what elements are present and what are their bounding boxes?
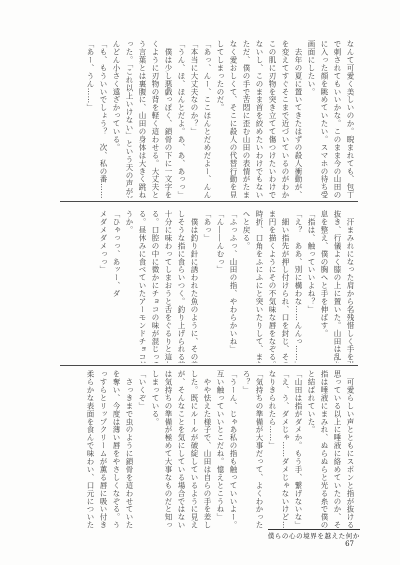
text-column: 「ひゃっっ、あッー、ダ (110, 210, 123, 363)
text-column: なりきられたら……」 (266, 370, 279, 528)
text-column: う言葉とは裏腹に、山田の身体は大きく跳ね反 (136, 40, 149, 198)
text-column: 「あー、うん……」 (84, 40, 97, 198)
text-column: 僕は釣り針に誘われた魚のように、その美味 (188, 210, 201, 363)
text-column: 「いくぞ」 (136, 370, 149, 528)
text-column: 十分に味わってしまおうと舌をぐるりと這わせ (162, 210, 175, 363)
section-divider (60, 201, 358, 202)
text-column: 「え？ ああ、別に構わな……んんっ……」 (292, 210, 305, 363)
novel-page: なんて可愛く美しいのか。睨まれても、包丁で刺されてもいいかな。このまま今の山田の… (0, 0, 400, 565)
text-column: してしまったのだ。 (214, 40, 227, 198)
text-column: 息を整え、僕の胸へと手を伸ばす。 (318, 210, 331, 363)
text-column: やや怯えた様子で、山田は自らの手を差し出 (201, 370, 214, 528)
text-section-middle: 汗まみれになった肩から名残惜しく手を引き抜き、行儀よく膝の上に置いた。山田は乱れ… (97, 210, 357, 363)
text-section-bottom: 可愛らしい声とともにスポンと指が抜ける。思っている以上に唾液に絡めていたのか、そ… (84, 370, 357, 528)
text-column: メダメダメっっ」 (97, 210, 110, 363)
text-column: さっきまで虫のように鎖骨を這わせていた指 (123, 370, 136, 528)
text-column: 可愛らしい声とともにスポンと指が抜ける。 (344, 370, 357, 528)
text-column: 「山田は指がダメか。もう手、繋げないな」 (292, 370, 305, 528)
text-column: った。「これ以上いけない」という天の声がど (123, 40, 136, 198)
text-column: 細い指先が押し付けられ、口を封じ、そのま (279, 210, 292, 363)
text-column: 「あっ、んー、ここほんとだめだよー、んんー」 (201, 40, 214, 198)
text-column: ろ？」 (240, 370, 253, 528)
text-column: へと戻る。 (240, 210, 253, 363)
text-column: ただ、僕の手で苦悶に歪む山田の表情がたまら (240, 40, 253, 198)
text-column: 「え、う、ダメじゃ……ダメじゃないけど……いき (279, 370, 292, 528)
page-number: 67 (345, 540, 354, 549)
text-column: しまっている。 (149, 370, 162, 528)
text-column: る。口腔の中に微かにチョコの味が混じってい (149, 210, 162, 363)
text-column: 柔らかな表面を食んで味わい、口元についた。 (84, 370, 97, 528)
text-column: を奪い、今度は薄い唇をやさしくなぞる。う (110, 370, 123, 528)
text-column: した。既にルールが破綻しているように見える (188, 370, 201, 528)
text-column: ないし、このまま首を絞めたいわけでもない。 (253, 40, 266, 198)
text-column: くように刃物の背を軽く這わせる。大丈夫とい (149, 40, 162, 198)
text-column: 「も、もういいでしょう？ 次、私の番……」 (97, 40, 110, 198)
text-column: ま円を描くようにその不気味な唇をなぞる。 (266, 210, 279, 363)
text-column: 「本当に大丈夫なのか？」 (188, 40, 201, 198)
text-column: る。昼休みに食べていたアーモンドチョコだろ (136, 210, 149, 363)
text-column: 抜き、行儀よく膝の上に置いた。山田は乱れた (331, 210, 344, 363)
text-column: 「うん、ほ、ほんとだよ。あ、あ、あっっ」 (175, 40, 188, 198)
text-column: で刺されてもいいかな。このまま今の山田の気 (331, 40, 344, 198)
text-column: 時折、口角をふにふにと突いたりして、また唇 (253, 210, 266, 363)
text-column: 「気持ちの準備が大事だって、よくわかっただ (253, 370, 266, 528)
text-section-top: なんて可愛く美しいのか。睨まれても、包丁で刺されてもいいかな。このまま今の山田の… (84, 40, 357, 198)
text-column: 「ふっふっ、山田の指、やわらかいね」 (227, 210, 240, 363)
text-column: うか。 (123, 210, 136, 363)
text-column: 僕は少し悪戯っぽく、鎖骨の下に一文字を引 (162, 40, 175, 198)
text-column: と結ばれていた。 (305, 370, 318, 528)
text-column: 互い触っていいとこだね。憶えとこうね」 (214, 370, 227, 528)
text-column: んどん小さく遠ざかっている。 (110, 40, 123, 198)
text-column: なく愛おしくて、そこに殺人の代替行動を見出 (227, 40, 240, 198)
text-column: 「指は、触っていいよね？」 (305, 210, 318, 363)
text-column: は気持ちの準備が極めて大事なものだと知って (162, 370, 175, 528)
text-column: に入った顔を眺めていたい。スマホの待ち受け (318, 40, 331, 198)
text-column: なんて可愛く美しいのか。睨まれても、包丁 (344, 40, 357, 198)
text-column: 「ん――んむっ」 (214, 210, 227, 363)
text-column: 「あっ」 (201, 210, 214, 363)
section-divider (60, 365, 358, 366)
text-column: 思っている以上に唾液に絡めていたのか、その (331, 370, 344, 528)
text-column: 「うーん、じゃあ私の指も触っていいよー。お (227, 370, 240, 528)
text-column: 去年の夏に置いてきたはずの殺人衝動が、形 (292, 40, 305, 198)
text-column: が、そんなことを気にしている場合ではない。僕 (175, 370, 188, 528)
text-column: 画面にしたい。 (305, 40, 318, 198)
running-title: 僕らの心の境界を越えた何か (268, 529, 360, 540)
text-column: っすらとリップクリームが薫る唇に吸い付き、 (97, 370, 110, 528)
text-column: 指は唾液にまみれ、ぬらぬらと光る糸で僕の唇 (318, 370, 331, 528)
text-column: 汗まみれになった肩から名残惜しく手を引き (344, 210, 357, 363)
text-column: しそうな指に食らいつく。釣り上げられる前に (175, 210, 188, 363)
text-column: を変えてすぐそこまで近づいているのがわかる。 (279, 40, 292, 198)
text-column: この肌に刃物を突き立てて傷つけたいわけでは (266, 40, 279, 198)
